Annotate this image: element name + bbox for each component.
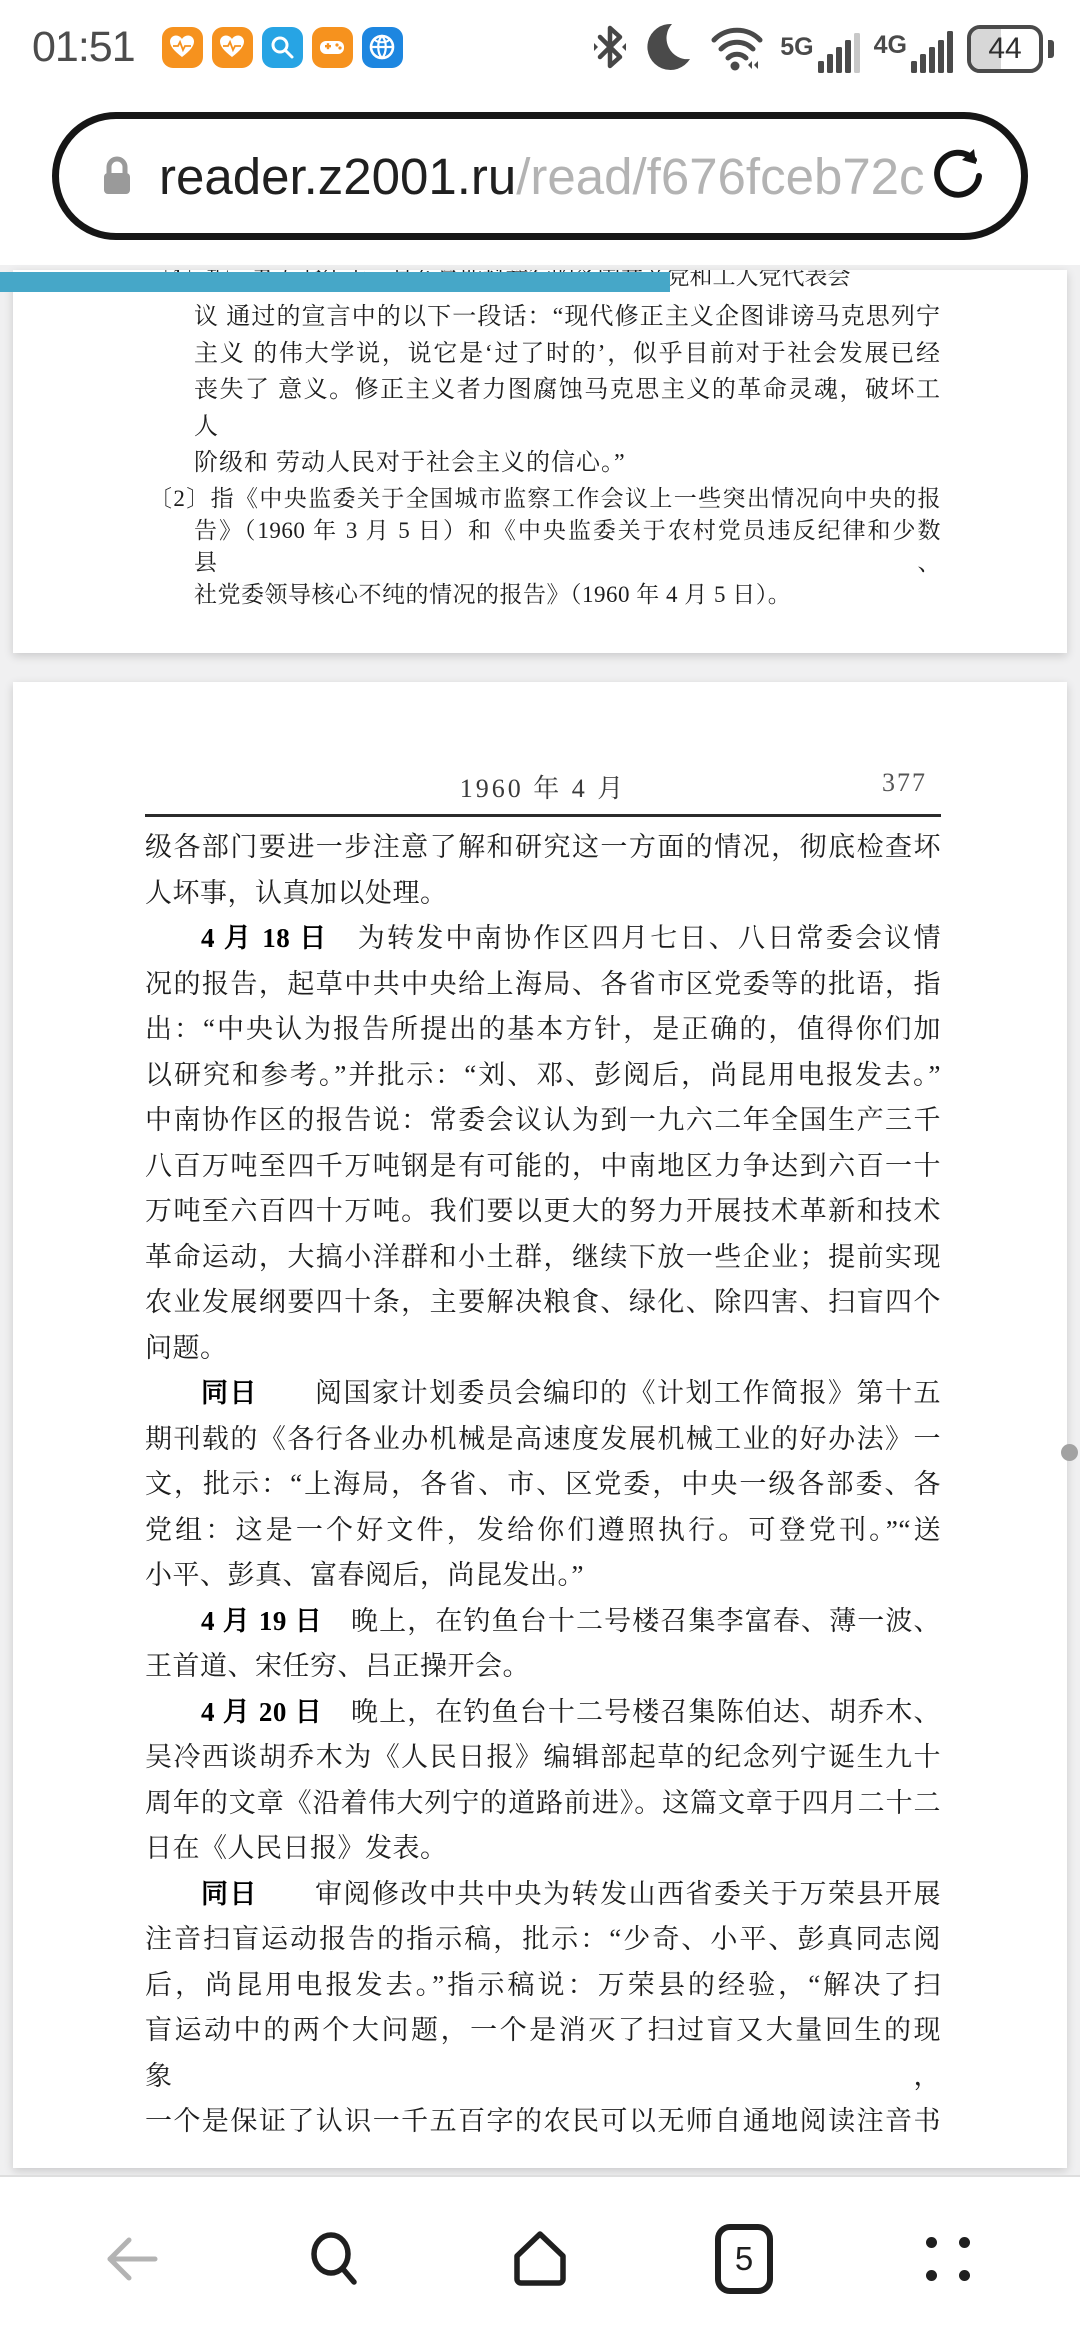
scrollbar-thumb[interactable] [1061, 1444, 1078, 1461]
text-line: 日在《人民日报》发表。 [145, 1826, 941, 1872]
page-number: 377 [882, 768, 927, 798]
text-line: 况的报告，起草中共中央给上海局、各省市区党委等的批语，指 [145, 962, 941, 1008]
health-app-icon [162, 27, 203, 68]
lock-icon [99, 154, 135, 198]
header-rule [145, 814, 941, 817]
page-header: 1960 年 4 月 377 [145, 682, 941, 805]
browser-bottom-nav: 5 [0, 2175, 1080, 2340]
wifi-icon [708, 21, 766, 73]
text-line: 议 通过的宣言中的以下一段话：“现代修正主义企图诽谤马克思列宁 [194, 299, 941, 336]
text-line: 〔2〕指《中央监委关于全国城市监察工作会议上一些突出情况向中央的报 [149, 483, 941, 515]
status-icons: 5G 4G 44 [590, 21, 1054, 73]
text-line: 丧失了 意义。修正主义者力图腐蚀马克思主义的革命灵魂，破坏工人 [194, 372, 941, 445]
reader-content[interactable]: 〔1〕指一九五七年十一月在莫斯科举行的各国共产党和工人党代表会 议 通过的宣言中… [0, 265, 1080, 2175]
magnifier-icon [269, 34, 295, 60]
page-body: 级各部门要进一步注意了解和研究这一方面的情况，彻底检查坏人坏事，认真加以处理。4… [145, 825, 941, 2145]
url-text: reader.z2001.ru/read/f676fceb72c [159, 147, 925, 206]
text-line: 盲运动中的两个大问题，一个是消灭了扫过盲又大量回生的现象， [145, 2008, 941, 2099]
battery-indicator: 44 [967, 25, 1043, 73]
chapter-date-header: 1960 年 4 月 [460, 774, 627, 803]
text-line: 八百万吨至四千万吨钢是有可能的，中南地区力争达到六百一十 [145, 1144, 941, 1190]
text-line: 级各部门要进一步注意了解和研究这一方面的情况，彻底检查坏 [145, 825, 941, 871]
search-app-icon [262, 27, 303, 68]
status-time: 01:51 [32, 23, 135, 72]
text-line: 王首道、宋任穷、吕正操开会。 [145, 1644, 941, 1690]
globe-icon [368, 33, 396, 61]
browser-app-icon [362, 27, 403, 68]
health-app-icon-2 [212, 27, 253, 68]
text-line: 一个是保证了认识一千五百字的农民可以无师自通地阅读注音书 [145, 2099, 941, 2145]
text-line: 后，尚昆用电报发去。”指示稿说：万荣县的经验，“解决了扫 [145, 1963, 941, 2009]
search-icon [304, 2227, 368, 2291]
home-icon [507, 2226, 573, 2292]
menu-button[interactable] [883, 2194, 1013, 2324]
text-line: 4 月 18 日 为转发中南协作区四月七日、八日常委会议情 [145, 916, 941, 962]
tab-count-badge: 5 [715, 2224, 773, 2294]
text-line: 告》（1960 年 3 月 5 日）和《中央监委关于农村党员违反纪律和少数县、 [194, 515, 941, 579]
do-not-disturb-moon-icon [644, 21, 694, 73]
back-arrow-icon [99, 2226, 165, 2292]
text-line: 农业发展纲要四十条，主要解决粮食、绿化、除四害、扫盲四个 [145, 1280, 941, 1326]
text-line: 期刊载的《各行各业办机械是高速度发展机械工业的好办法》一 [145, 1417, 941, 1463]
text-line: 以研究和参考。”并批示：“刘、邓、彭阅后，尚昆用电报发去。” [145, 1053, 941, 1099]
url-domain: reader.z2001.ru [159, 148, 516, 205]
quote-block: 议 通过的宣言中的以下一段话：“现代修正主义企图诽谤马克思列宁主义 的伟大学说，… [149, 299, 941, 482]
text-line: 周年的文章《沿着伟大列宁的道路前进》。这篇文章于四月二十二 [145, 1781, 941, 1827]
cellular-signal-5g: 5G [780, 33, 859, 73]
heart-pulse-icon [169, 34, 195, 60]
refresh-icon[interactable] [925, 143, 991, 209]
text-line: 问题。 [145, 1326, 941, 1372]
game-app-icon [312, 27, 353, 68]
bluetooth-icon [590, 21, 630, 73]
text-line: 注音扫盲运动报告的指示稿，批示：“少奇、小平、彭真同志阅 [145, 1917, 941, 1963]
tabs-button[interactable]: 5 [679, 2194, 809, 2324]
search-button[interactable] [271, 2194, 401, 2324]
text-line: 阶级和 劳动人民对于社会主义的信心。” [194, 445, 941, 482]
home-button[interactable] [475, 2194, 605, 2324]
text-line: 小平、彭真、富春阅后，尚昆发出。” [145, 1553, 941, 1599]
text-line: 4 月 20 日 晚上，在钓鱼台十二号楼召集陈伯达、胡乔木、 [145, 1690, 941, 1736]
text-line: 中南协作区的报告说：常委会议认为到一九六二年全国生产三千 [145, 1098, 941, 1144]
text-line: 同日 阅国家计划委员会编印的《计划工作简报》第十五 [145, 1371, 941, 1417]
status-bar: 01:51 [0, 0, 1080, 84]
signal-bars-5g [818, 33, 860, 73]
network-5g-label: 5G [780, 35, 813, 60]
text-line: 文，批示：“上海局，各省、市、区党委，中央一级各部委、各 [145, 1462, 941, 1508]
network-4g-label: 4G [874, 33, 907, 58]
signal-bars-4g [911, 31, 953, 73]
book-page-previous: 〔1〕指一九五七年十一月在莫斯科举行的各国共产党和工人党代表会 议 通过的宣言中… [13, 270, 1067, 653]
browser-address-row: reader.z2001.ru/read/f676fceb72c [0, 84, 1080, 265]
text-line: 社党委领导核心不纯的情况的报告》（1960 年 4 月 5 日）。 [194, 579, 941, 611]
text-line: 党组：这是一个好文件，发给你们遵照执行。可登党刊。”“送 [145, 1508, 941, 1554]
text-line: 4 月 19 日 晚上，在钓鱼台十二号楼召集李富春、薄一波、 [145, 1599, 941, 1645]
text-line: 人坏事，认真加以处理。 [145, 871, 941, 917]
text-line: 主义 的伟大学说，说它是‘过了时的’，似乎目前对于社会发展已经 [194, 336, 941, 373]
text-line: 出：“中央认为报告所提出的基本方针，是正确的，值得你们加 [145, 1007, 941, 1053]
battery-percent: 44 [971, 29, 1039, 69]
menu-dots-icon [926, 2237, 970, 2281]
text-line: 万吨至六百四十万吨。我们要以更大的努力开展技术革新和技术 [145, 1189, 941, 1235]
gamepad-icon [318, 33, 346, 61]
text-line: 同日 审阅修改中共中央为转发山西省委关于万荣县开展 [145, 1872, 941, 1918]
address-bar[interactable]: reader.z2001.ru/read/f676fceb72c [52, 112, 1028, 240]
url-path: /read/f676fceb72c [516, 148, 924, 205]
cellular-signal-4g: 4G [874, 31, 953, 73]
text-line: 吴冷西谈胡乔木为《人民日报》编辑部起草的纪念列宁诞生九十 [145, 1735, 941, 1781]
text-line: 革命运动，大搞小洋群和小土群，继续下放一些企业；提前实现 [145, 1235, 941, 1281]
footnote-block: 〔2〕指《中央监委关于全国城市监察工作会议上一些突出情况向中央的报告》（1960… [149, 483, 941, 611]
book-page-current: 1960 年 4 月 377 级各部门要进一步注意了解和研究这一方面的情况，彻底… [13, 682, 1067, 2168]
heart-pulse-icon [219, 34, 245, 60]
phone-screen: 01:51 [0, 0, 1080, 2340]
battery-nub [1048, 40, 1054, 58]
reading-progress-bar [0, 272, 670, 292]
back-button[interactable] [67, 2194, 197, 2324]
